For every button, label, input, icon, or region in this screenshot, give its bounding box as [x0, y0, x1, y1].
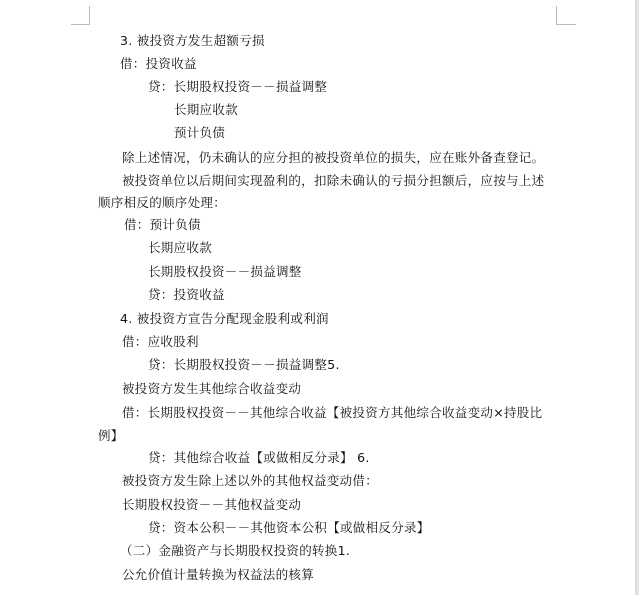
text-line: 3. 被投资方发生超额亏损	[120, 33, 265, 49]
text-line: 贷：其他综合收益【或做相反分录】 6.	[148, 450, 370, 466]
text-line: 预计负债	[174, 125, 225, 141]
text-line: 长期股权投资－－损益调整	[148, 264, 302, 280]
text-line: 4. 被投资方宣告分配现金股利或利润	[120, 311, 329, 327]
text-line: 长期应收款	[174, 102, 238, 118]
text-line: （二）金融资产与长期股权投资的转换1.	[120, 543, 350, 559]
text-line: 被投资单位以后期间实现盈利的，扣除未确认的亏损分担额后，应按与上述	[122, 173, 544, 189]
scrollbar-edge[interactable]	[635, 0, 639, 595]
text-line: 被投资方发生除上述以外的其他权益变动借：	[122, 473, 378, 489]
text-line: 贷：长期股权投资－－损益调整	[148, 79, 327, 95]
text-line: 除上述情况，仍未确认的应分担的被投资单位的损失，应在账外备查登记。	[122, 150, 544, 166]
text-line: 例】	[98, 428, 124, 444]
text-line: 被投资方发生其他综合收益变动	[122, 381, 301, 397]
text-line: 借：投资收益	[120, 56, 197, 72]
text-line: 贷：投资收益	[148, 287, 225, 303]
text-line: 借：应收股利	[122, 334, 199, 350]
text-line: 公允价值计量转换为权益法的核算	[122, 567, 314, 583]
text-line: 长期应收款	[148, 240, 212, 256]
text-line: 借：预计负债	[124, 217, 201, 233]
text-line: 贷：长期股权投资－－损益调整5.	[148, 357, 340, 373]
text-line: 顺序相反的顺序处理：	[98, 195, 226, 211]
text-line: 长期股权投资－－其他权益变动	[122, 497, 301, 513]
text-line: 借：长期股权投资－－其他综合收益【被投资方其他综合收益变动×持股比	[122, 405, 542, 421]
document-page: 3. 被投资方发生超额亏损借：投资收益贷：长期股权投资－－损益调整长期应收款预计…	[0, 0, 636, 595]
text-line: 贷：资本公积－－其他资本公积【或做相反分录】	[148, 520, 430, 536]
